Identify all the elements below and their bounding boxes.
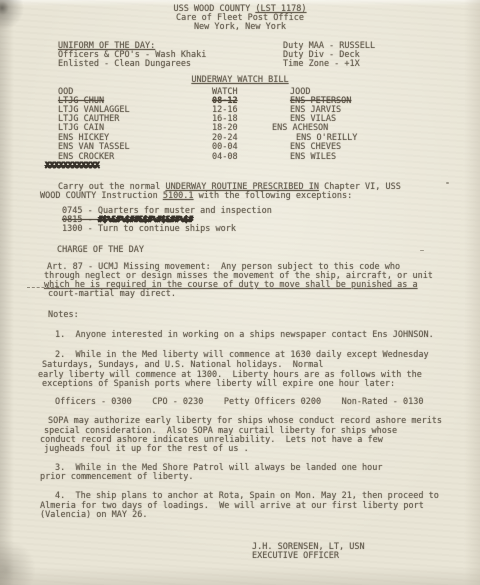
liberty-hours-line: Officers - 0300 CPO - 0230 Petty Officer… [55, 398, 423, 407]
note-3-line-2: prior commencement of liberty. [40, 473, 194, 482]
note-4-line-3: (Valencia) on MAY 26. [40, 511, 147, 520]
sopa-line-4: jugheads foul it up for the rest of us . [44, 445, 249, 454]
charge-of-the-day-title: CHARGE OF THE DAY [57, 246, 144, 255]
margin-pen-dash [27, 287, 59, 288]
jood-name: ENS CHEVES [290, 143, 341, 152]
sopa-line-1: SOPA may authorize early liberty for shi… [48, 417, 442, 426]
ucmj-article-line-4: court-martial may direct. [48, 290, 176, 299]
uniform-enlisted: Enlisted - Clean Dungarees [58, 60, 191, 69]
notes-title: Notes: [48, 311, 79, 320]
instruction-number: 5100.1 [163, 191, 194, 201]
routine-text: with the following exceptions: [194, 191, 353, 201]
duty-time-zone: Time Zone - +1X [283, 60, 360, 69]
note-2-line-2: Saturdays, Sundays, and U.S. National ho… [42, 361, 323, 370]
document-text-layer: USS WOOD COUNTY (LST 1178) Care of Fleet… [0, 0, 480, 585]
ood-name: ENS VAN TASSEL [58, 143, 130, 152]
jood-name: ENS WILES [290, 153, 336, 162]
routine-text: WOOD COUNTY Instruction [40, 191, 163, 201]
watch-bill-row: ENS VAN TASSEL 00-04 ENS CHEVES [0, 143, 480, 152]
scan-speck [420, 250, 424, 251]
note-1: 1. Anyone interested in working on a shi… [55, 331, 434, 340]
jood-name: ENS ACHESON [272, 124, 328, 133]
letterhead-address-2: New York, New York [0, 23, 480, 32]
note-4-line-1: 4. The ship plans to anchor at Rota, Spa… [55, 492, 439, 501]
watch-bill-title: UNDERWAY WATCH BILL [0, 76, 480, 85]
routine-line-2: WOOD COUNTY Instruction 5100.1 with the … [40, 192, 352, 201]
watch-time: 00-04 [212, 143, 238, 152]
note-2-line-4: exceptions of Spanish ports where libert… [42, 380, 395, 389]
scan-speck [446, 182, 449, 184]
censored-watch-bill-line: XXXXXXXXXXXX [45, 162, 99, 171]
ood-name: LTJG CAIN [58, 124, 104, 133]
signature-title: EXECUTIVE OFFICER [252, 552, 339, 561]
watch-bill-row: LTJG CAIN 18-20 ENS ACHESON [0, 124, 480, 133]
watch-time: 04-08 [212, 153, 238, 162]
watch-time: 18-20 [212, 124, 238, 133]
note-2-line-1: 2. While in the Med liberty will commenc… [55, 351, 429, 360]
scanned-document-page: USS WOOD COUNTY (LST 1178) Care of Fleet… [0, 0, 480, 585]
exception-1300: 1300 - Turn to continue ships work [62, 225, 236, 234]
